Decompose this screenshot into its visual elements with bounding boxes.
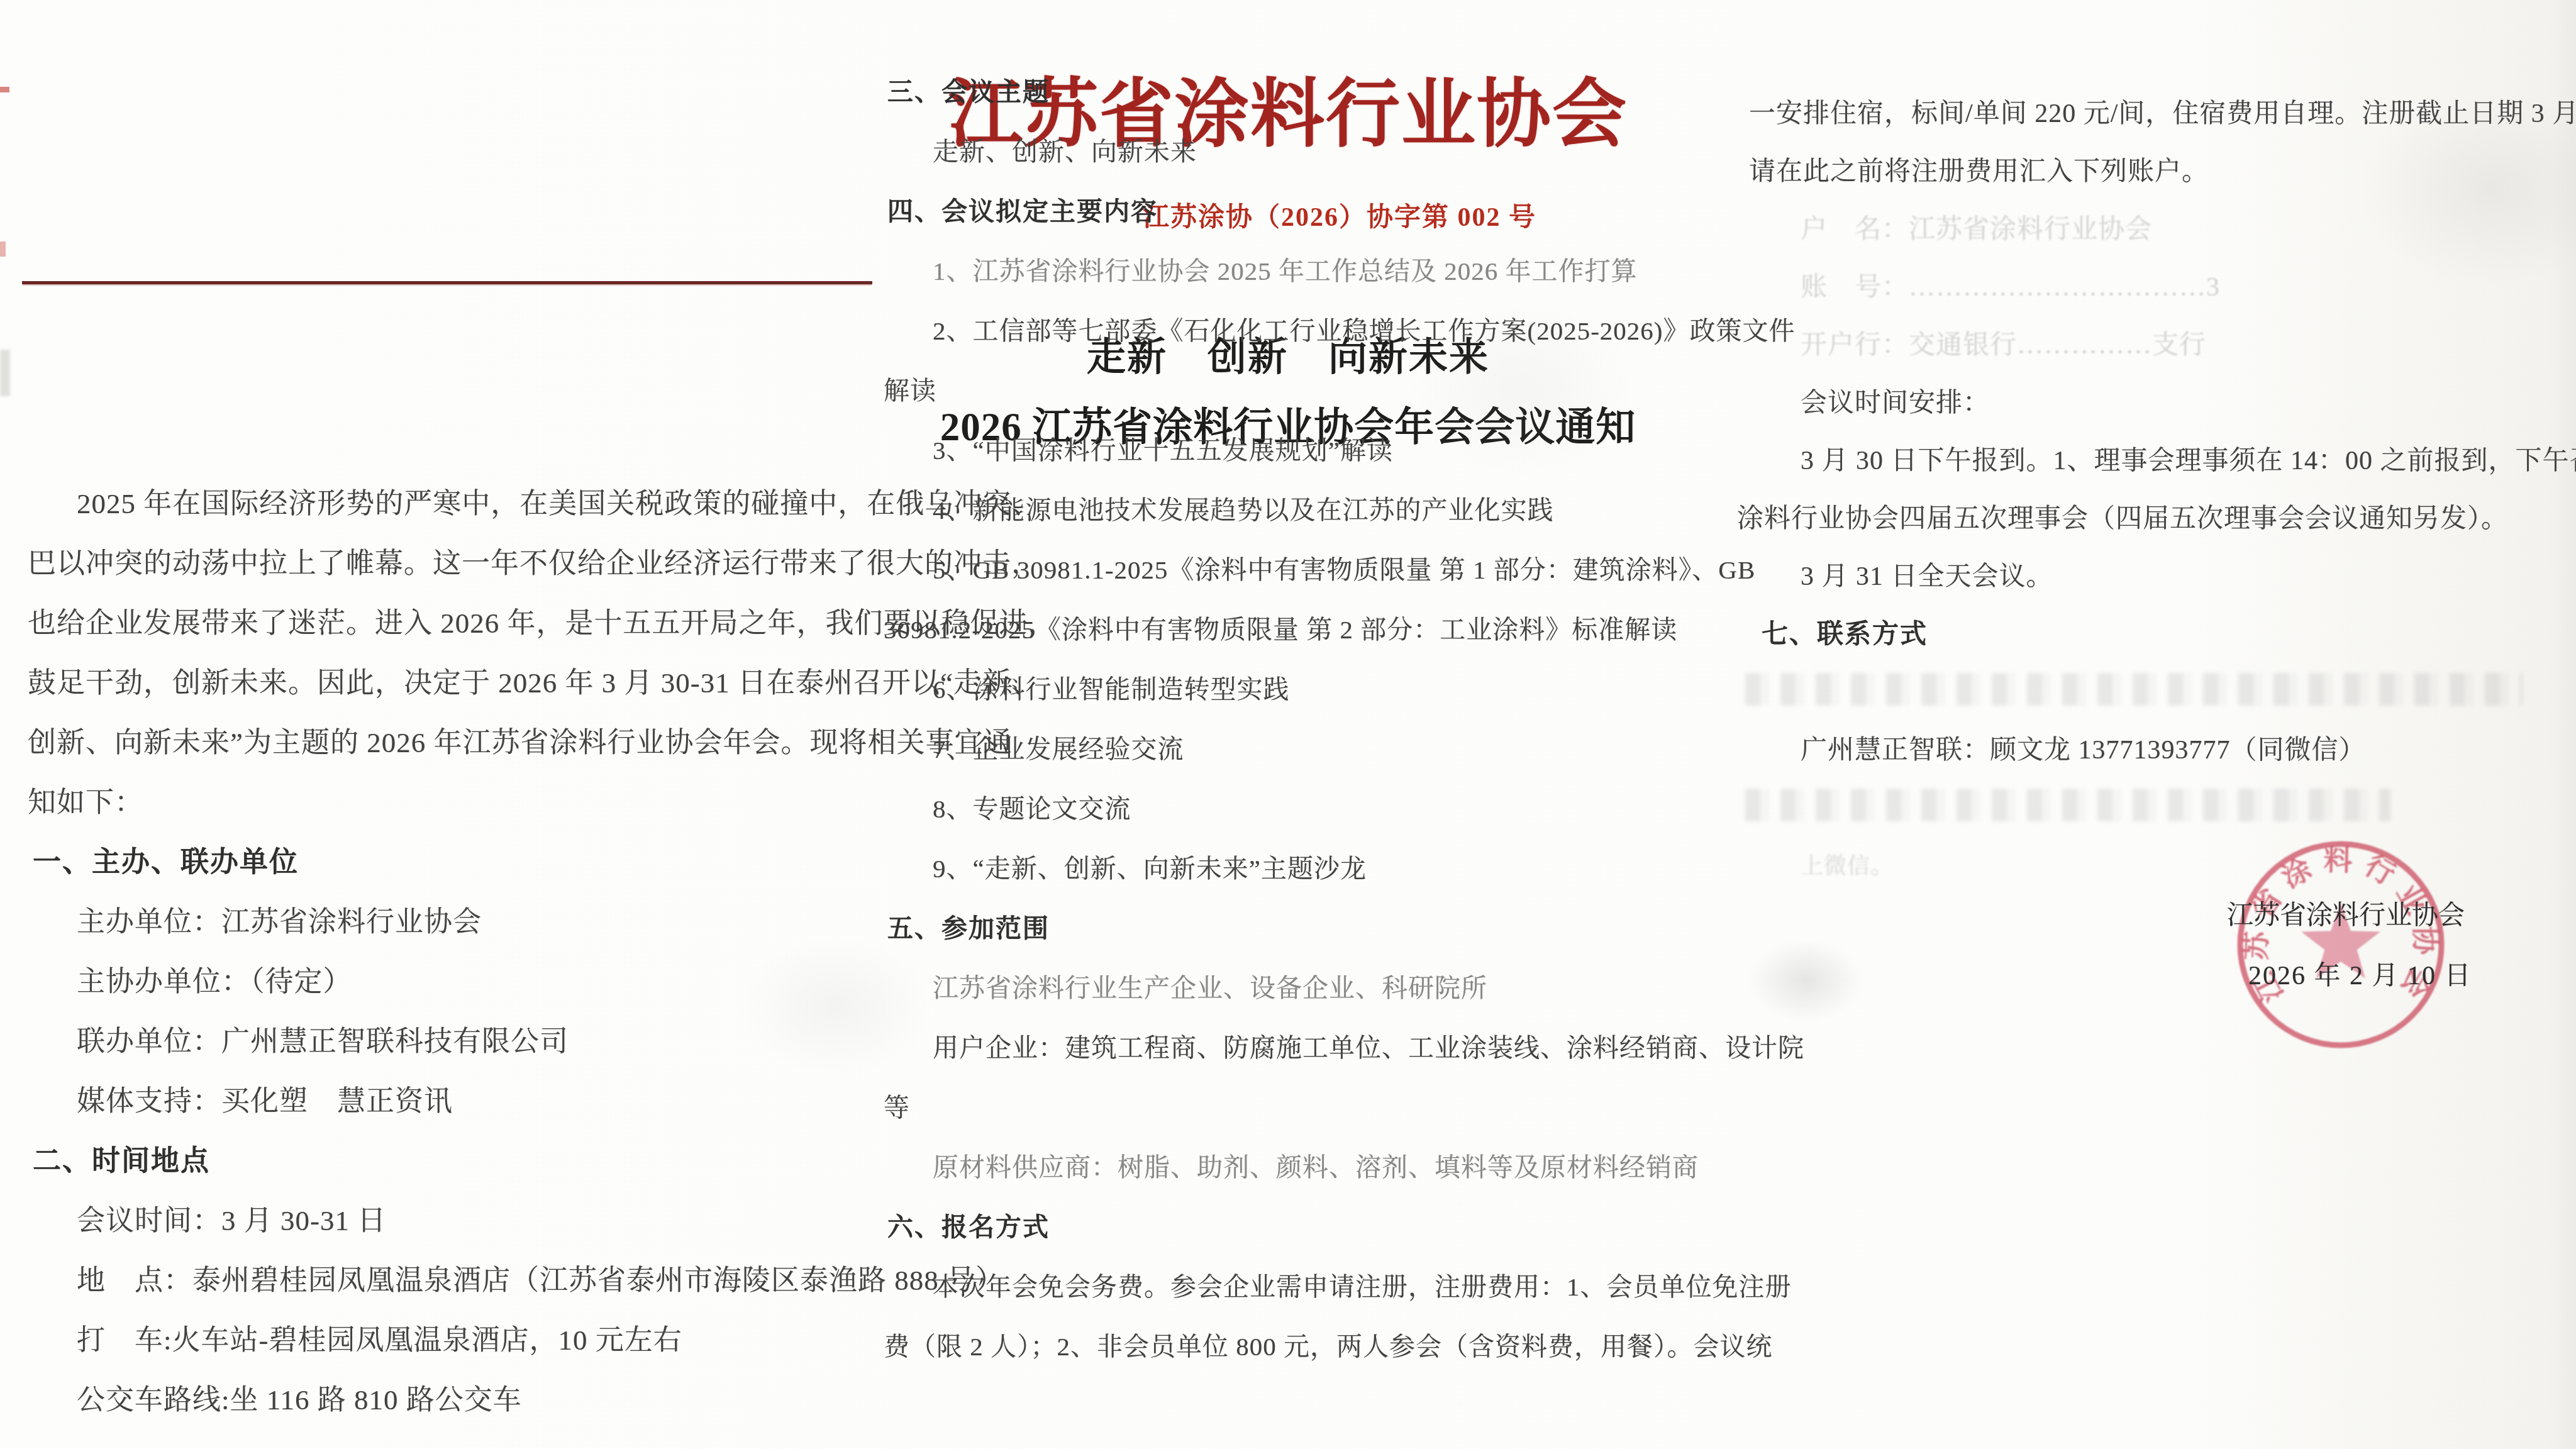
washed-text-line (1745, 673, 2523, 706)
doc-text-line: 走新、创新、向新未来 (877, 132, 1804, 171)
doc-text-line: 巴以冲突的动荡中拉上了帷幕。这一年不仅给企业经济运行带来了很大的冲击， (26, 544, 880, 583)
doc-text-line: 会议时间安排： (1745, 384, 2576, 423)
doc-text-line: 7、企业发展经验交流 (877, 730, 1804, 769)
doc-text-line: 一安排住宿，标间/单间 220 元/间，住宿费用自理。注册截止日期 3 月 15… (1745, 94, 2576, 133)
column-middle: 三、会议主题走新、创新、向新未来四、会议拟定主要内容1、江苏省涂料行业协会 20… (877, 0, 1748, 1449)
section-heading: 五、参加范围 (877, 909, 1758, 948)
doc-text-line: 也给企业发展带来了迷茫。进入 2026 年，是十五五开局之年，我们要以稳促进， (26, 604, 880, 643)
doc-text-line: 联办单位：广州慧正智联科技有限公司 (26, 1022, 930, 1061)
column-right: 江苏省涂料行业协会 江苏省涂料行业协会 2026 年 2 月 10 日 一安排住… (1745, 0, 2576, 1449)
scan-artifact (0, 350, 10, 396)
doc-text-line: 1、江苏省涂料行业协会 2025 年工作总结及 2026 年工作打算 (877, 252, 1804, 291)
column-left: 2025 年在国际经济形势的严寒中，在美国关税政策的碰撞中，在俄乌冲突、巴以冲突… (26, 0, 879, 1449)
doc-text-line: 用户企业：建筑工程商、防腐施工单位、工业涂装线、涂料经销商、设计院 (877, 1028, 1804, 1067)
doc-text-line: 费（限 2 人）；2、非会员单位 800 元，两人参会（含资料费，用餐）。会议统 (877, 1327, 1755, 1366)
doc-text-line: 原材料供应商：树脂、助剂、颜料、溶剂、填料等及原材料经销商 (877, 1148, 1804, 1187)
section-heading: 四、会议拟定主要内容 (877, 192, 1758, 231)
faded-bank-line: 开户行：交通银行……………支行 (1745, 326, 2576, 365)
doc-text-line: 6、涂料行业智能制造转型实践 (877, 670, 1804, 709)
doc-text-line: 解读 (877, 371, 1755, 410)
doc-text-line: 公交车路线:坐 116 路 810 路公交车 (26, 1380, 930, 1419)
doc-text-line: 主办单位：江苏省涂料行业协会 (26, 902, 930, 941)
scan-artifact (0, 87, 9, 92)
faded-text-fragment: 上微信。 (1745, 847, 2576, 885)
doc-text-line: 知如下： (26, 783, 880, 822)
scan-artifact (0, 241, 6, 257)
doc-text-line: 3、“中国涂料行业十五五发展规划”解读 (877, 431, 1804, 470)
doc-text-line: 2、工信部等七部委《石化化工行业稳增长工作方案(2025-2026)》政策文件 (877, 311, 1804, 350)
doc-text-line: 会议时间：3 月 30-31 日 (26, 1201, 930, 1240)
section-heading: 二、时间地点 (26, 1141, 885, 1180)
section-heading: 六、报名方式 (877, 1207, 1758, 1246)
doc-text-line: 打 车:火车站-碧桂园凤凰温泉酒店，10 元左右 (26, 1321, 930, 1360)
doc-text-line: 30981.2-2025《涂料中有害物质限量 第 2 部分：工业涂料》标准解读 (877, 610, 1755, 649)
section-heading: 七、联系方式 (1745, 615, 2576, 654)
doc-text-line: 涂料行业协会四届五次理事会（四届五次理事会会议通知另发）。 (1737, 499, 2568, 538)
faded-bank-line: 账 号：……………………………3 (1745, 268, 2576, 307)
doc-text-line: 3 月 31 日全天会议。 (1745, 557, 2576, 596)
doc-text-line: 创新、向新未来”为主题的 2026 年江苏省涂料行业协会年会。现将相关事宜通 (26, 723, 880, 762)
doc-text-line: 5、GB 30981.1-2025《涂料中有害物质限量 第 1 部分：建筑涂料》… (877, 550, 1804, 589)
doc-text-line: 3 月 30 日下午报到。1、理事会理事须在 14：00 之前报到，下午召开江苏… (1745, 441, 2576, 480)
doc-text-line: 江苏省涂料行业生产企业、设备企业、科研院所 (877, 969, 1804, 1008)
signature-date: 2026 年 2 月 10 日 (2248, 955, 2472, 992)
doc-text-line: 鼓足干劲，创新未来。因此，决定于 2026 年 3 月 30-31 日在泰州召开… (26, 663, 880, 702)
doc-text-line: 主协办单位：（待定） (26, 962, 930, 1001)
doc-text-line: 请在此之前将注册费用汇入下列账户。 (1745, 152, 2576, 191)
doc-text-line: 等 (877, 1088, 1755, 1127)
faded-bank-line: 户 名：江苏省涂料行业协会 (1745, 210, 2576, 249)
doc-text-line: 4、新能源电池技术发展趋势以及在江苏的产业化实践 (877, 491, 1804, 530)
scanned-document: { "document": { "letterhead": { "org_nam… (0, 0, 2576, 1449)
section-heading: 一、主办、联办单位 (26, 843, 885, 882)
official-seal-stamp: 江苏省涂料行业协会 (2231, 835, 2451, 1055)
doc-text-line: 地 点：泰州碧桂园凤凰温泉酒店（江苏省泰州市海陵区泰渔路 888 号） (26, 1261, 930, 1300)
doc-text-line: 本次年会免会务费。参会企业需申请注册，注册费用：1、会员单位免注册 (877, 1267, 1804, 1306)
section-heading: 三、会议主题 (877, 72, 1758, 111)
signature-org: 江苏省涂料行业协会 (2227, 894, 2465, 932)
doc-text-line: 8、专题论文交流 (877, 789, 1804, 828)
scan-artifact (1749, 940, 1862, 1021)
doc-text-line: 2025 年在国际经济形势的严寒中，在美国关税政策的碰撞中，在俄乌冲突、 (26, 484, 930, 523)
doc-text-line: 媒体支持：买化塑 慧正资讯 (26, 1082, 930, 1121)
washed-text-line (1745, 789, 2390, 821)
doc-text-line: 广州慧正智联：顾文龙 13771393777（同微信） (1745, 731, 2576, 770)
doc-text-line: 9、“走新、创新、向新未来”主题沙龙 (877, 849, 1804, 888)
